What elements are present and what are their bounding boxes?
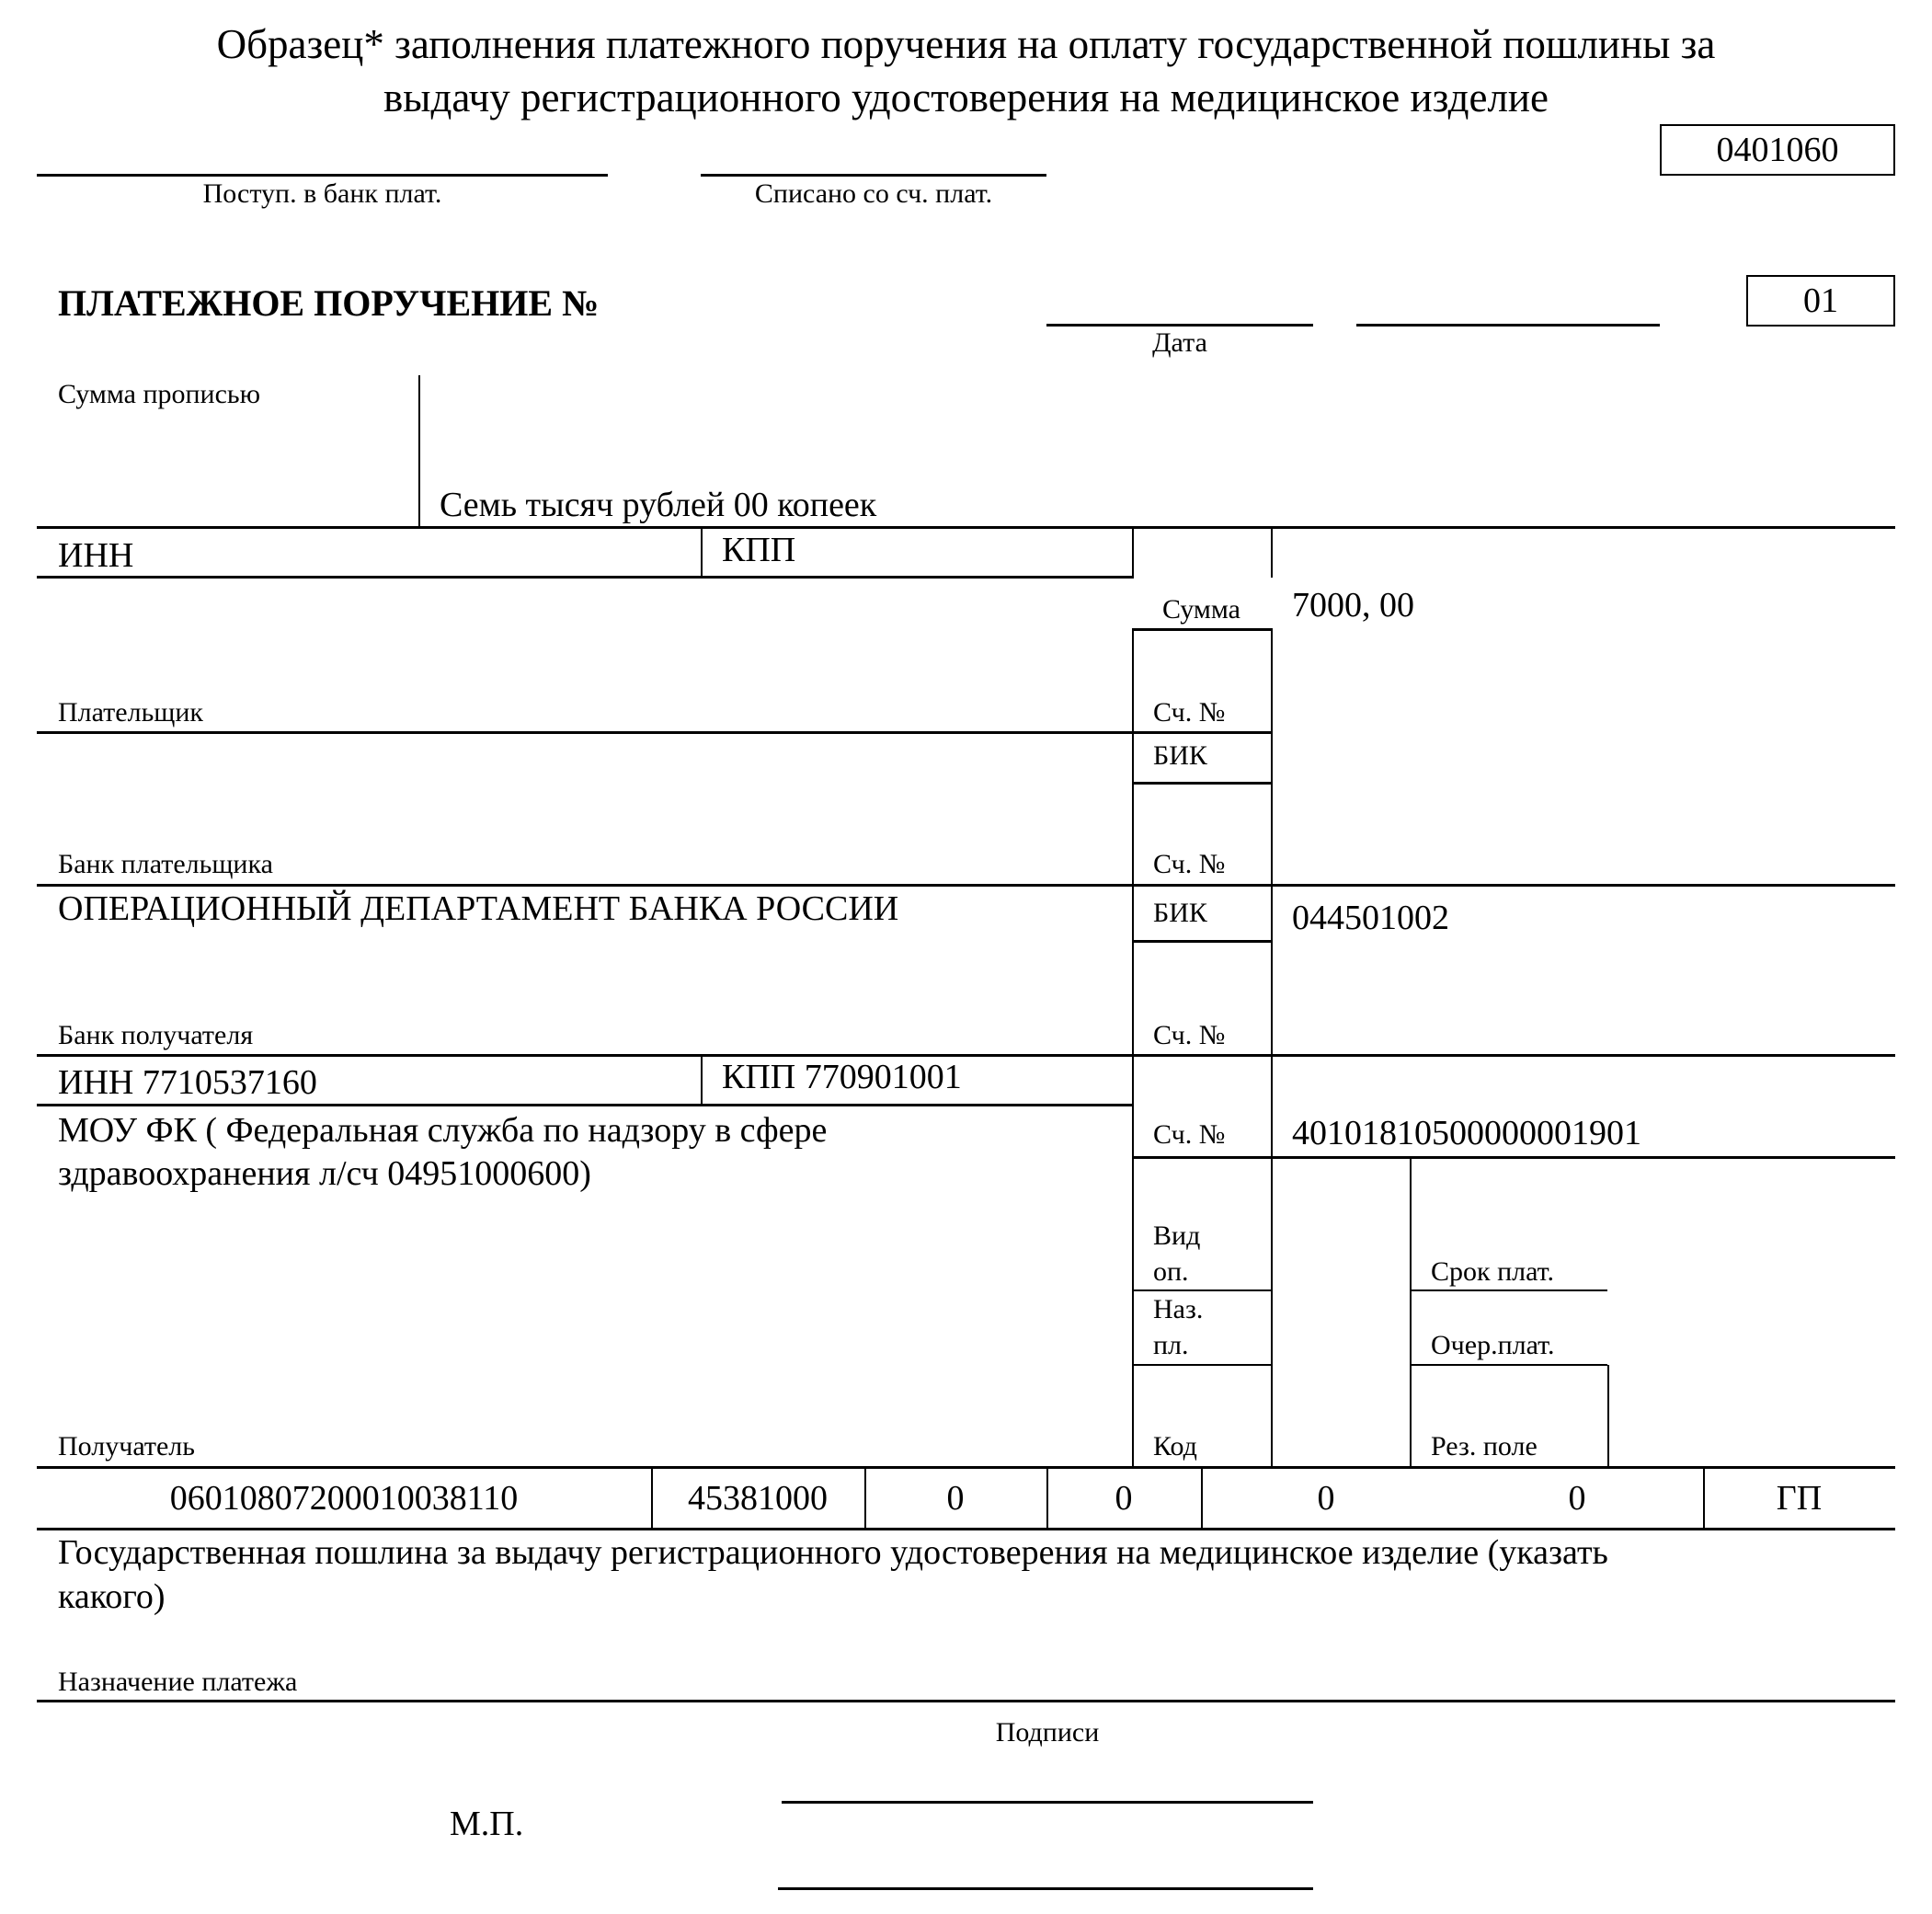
priority-bottom [1410,1364,1607,1366]
payer-inn-row-bottom [37,576,1134,579]
period-cell[interactable]: 0 [1046,1468,1201,1529]
due-date-label: Срок плат. [1431,1256,1554,1288]
signature-line-2[interactable] [778,1887,1313,1890]
purpose-code-label-1: Наз. [1153,1294,1203,1325]
op-type-label-2: оп. [1153,1256,1189,1288]
row-divider-amount [37,526,1895,529]
recipient-bank-label: Банк получателя [58,1020,253,1051]
payment-kind-line[interactable] [1356,324,1660,327]
payer-kpp-label[interactable]: КПП [722,530,795,570]
recipient-bank-row-bottom [37,1054,1895,1057]
reserve-col-divider [1410,1157,1412,1468]
doc-date-cell[interactable]: 0 [1451,1468,1703,1529]
payer-bank-account-label: Сч. № [1153,849,1225,880]
form-code: 0401060 [1717,130,1839,170]
period-value: 0 [1115,1478,1133,1519]
payer-row-bottom [37,731,1273,734]
sum-value[interactable]: 7000, 00 [1292,585,1414,625]
basis-cell[interactable]: 0 [864,1468,1046,1529]
purpose-label: Назначение платежа [58,1667,297,1698]
amount-words-label: Сумма прописью [58,379,260,410]
recipient-account-label: Сч. № [1153,1119,1225,1151]
payer-bank-label: Банк плательщика [58,849,273,880]
kbk-value: 06010807200010038110 [170,1478,519,1519]
date-label: Дата [1046,327,1313,359]
payer-bank-bik-bottom [1132,782,1273,785]
recipient-name-line-2[interactable]: здравоохранения л/сч 04951000600) [58,1153,591,1194]
col-right-divider [1271,629,1273,1468]
recipient-account-bottom [1132,1156,1895,1159]
col-right-divider-top [1271,528,1273,578]
payment-order-heading: ПЛАТЕЖНОЕ ПОРУЧЕНИЕ № [58,281,599,325]
recipient-name-line-1[interactable]: МОУ ФК ( Федеральная служба по надзору в… [58,1110,827,1151]
recipient-kpp[interactable]: КПП 770901001 [722,1057,962,1097]
recipient-inn-kpp-divider [701,1056,703,1105]
doc-date-value: 0 [1569,1478,1586,1519]
priority-label: Очер.плат. [1431,1330,1555,1361]
signature-line-1[interactable] [782,1801,1313,1804]
doc-number-value: 0 [1318,1478,1335,1519]
recipient-bank-name[interactable]: ОПЕРАЦИОННЫЙ ДЕПАРТАМЕНТ БАНКА РОССИИ [58,888,898,929]
payment-type-code-box: 01 [1746,275,1895,327]
due-date-bottom [1410,1289,1607,1291]
purpose-code-label-2: пл. [1153,1330,1189,1361]
payment-type-cell[interactable]: ГП [1703,1468,1895,1529]
form-code-box: 0401060 [1660,124,1895,176]
purpose-text-line-1[interactable]: Государственная пошлина за выдачу регист… [58,1532,1608,1573]
oktmo-cell[interactable]: 45381000 [651,1468,864,1529]
debited-date-line[interactable] [701,174,1046,177]
kbk-cell[interactable]: 06010807200010038110 [37,1468,651,1529]
basis-value: 0 [947,1478,965,1519]
payer-inn-label[interactable]: ИНН [58,535,133,576]
stamp-label: М.П. [450,1804,523,1844]
recipient-bank-account-label: Сч. № [1153,1020,1225,1051]
date-line[interactable] [1046,324,1313,327]
recipient-label: Получатель [58,1431,195,1462]
payer-bank-bik-label: БИК [1153,740,1207,772]
sum-box-top [1132,628,1273,631]
purpose-code-bottom [1132,1364,1273,1366]
purpose-row-bottom [37,1700,1895,1702]
sum-label: Сумма [1132,594,1271,625]
payment-type-code: 01 [1803,281,1838,321]
recipient-account-value[interactable]: 40101810500000001901 [1292,1113,1641,1153]
recipient-bank-bik-label: БИК [1153,898,1207,929]
purpose-text-line-2[interactable]: какого) [58,1576,166,1617]
op-type-bottom [1132,1289,1273,1291]
payer-inn-kpp-divider [701,528,703,578]
reserve-right-divider [1607,1365,1609,1468]
recipient-inn-row-bottom [37,1104,1134,1106]
codes-row-bottom [37,1528,1895,1530]
amount-words-value[interactable]: Семь тысяч рублей 00 копеек [440,485,876,525]
received-date-line[interactable] [37,174,608,177]
recipient-bank-bik-value[interactable]: 044501002 [1292,898,1449,938]
debited-label: Списано со сч. плат. [701,178,1046,210]
document-title-line-2: выдачу регистрационного удостоверения на… [0,74,1932,121]
oktmo-value: 45381000 [688,1478,828,1519]
col-left-divider [1132,629,1134,1468]
payer-account-label: Сч. № [1153,697,1225,728]
recipient-bank-bik-bottom [1132,940,1273,943]
reserve-label: Рез. поле [1431,1431,1538,1462]
payer-bank-row-bottom [37,884,1895,887]
received-label: Поступ. в банк плат. [37,178,608,210]
col-left-divider-top [1132,528,1134,578]
doc-number-cell[interactable]: 0 [1201,1468,1451,1529]
signatures-label: Подписи [782,1717,1313,1748]
amount-words-divider [418,375,420,528]
document-title-line-1: Образец* заполнения платежного поручения… [0,20,1932,68]
recipient-inn[interactable]: ИНН 7710537160 [58,1062,317,1103]
code-label: Код [1153,1431,1197,1462]
op-type-label-1: Вид [1153,1221,1200,1252]
payer-label: Плательщик [58,697,203,728]
payment-type-value: ГП [1777,1478,1822,1519]
